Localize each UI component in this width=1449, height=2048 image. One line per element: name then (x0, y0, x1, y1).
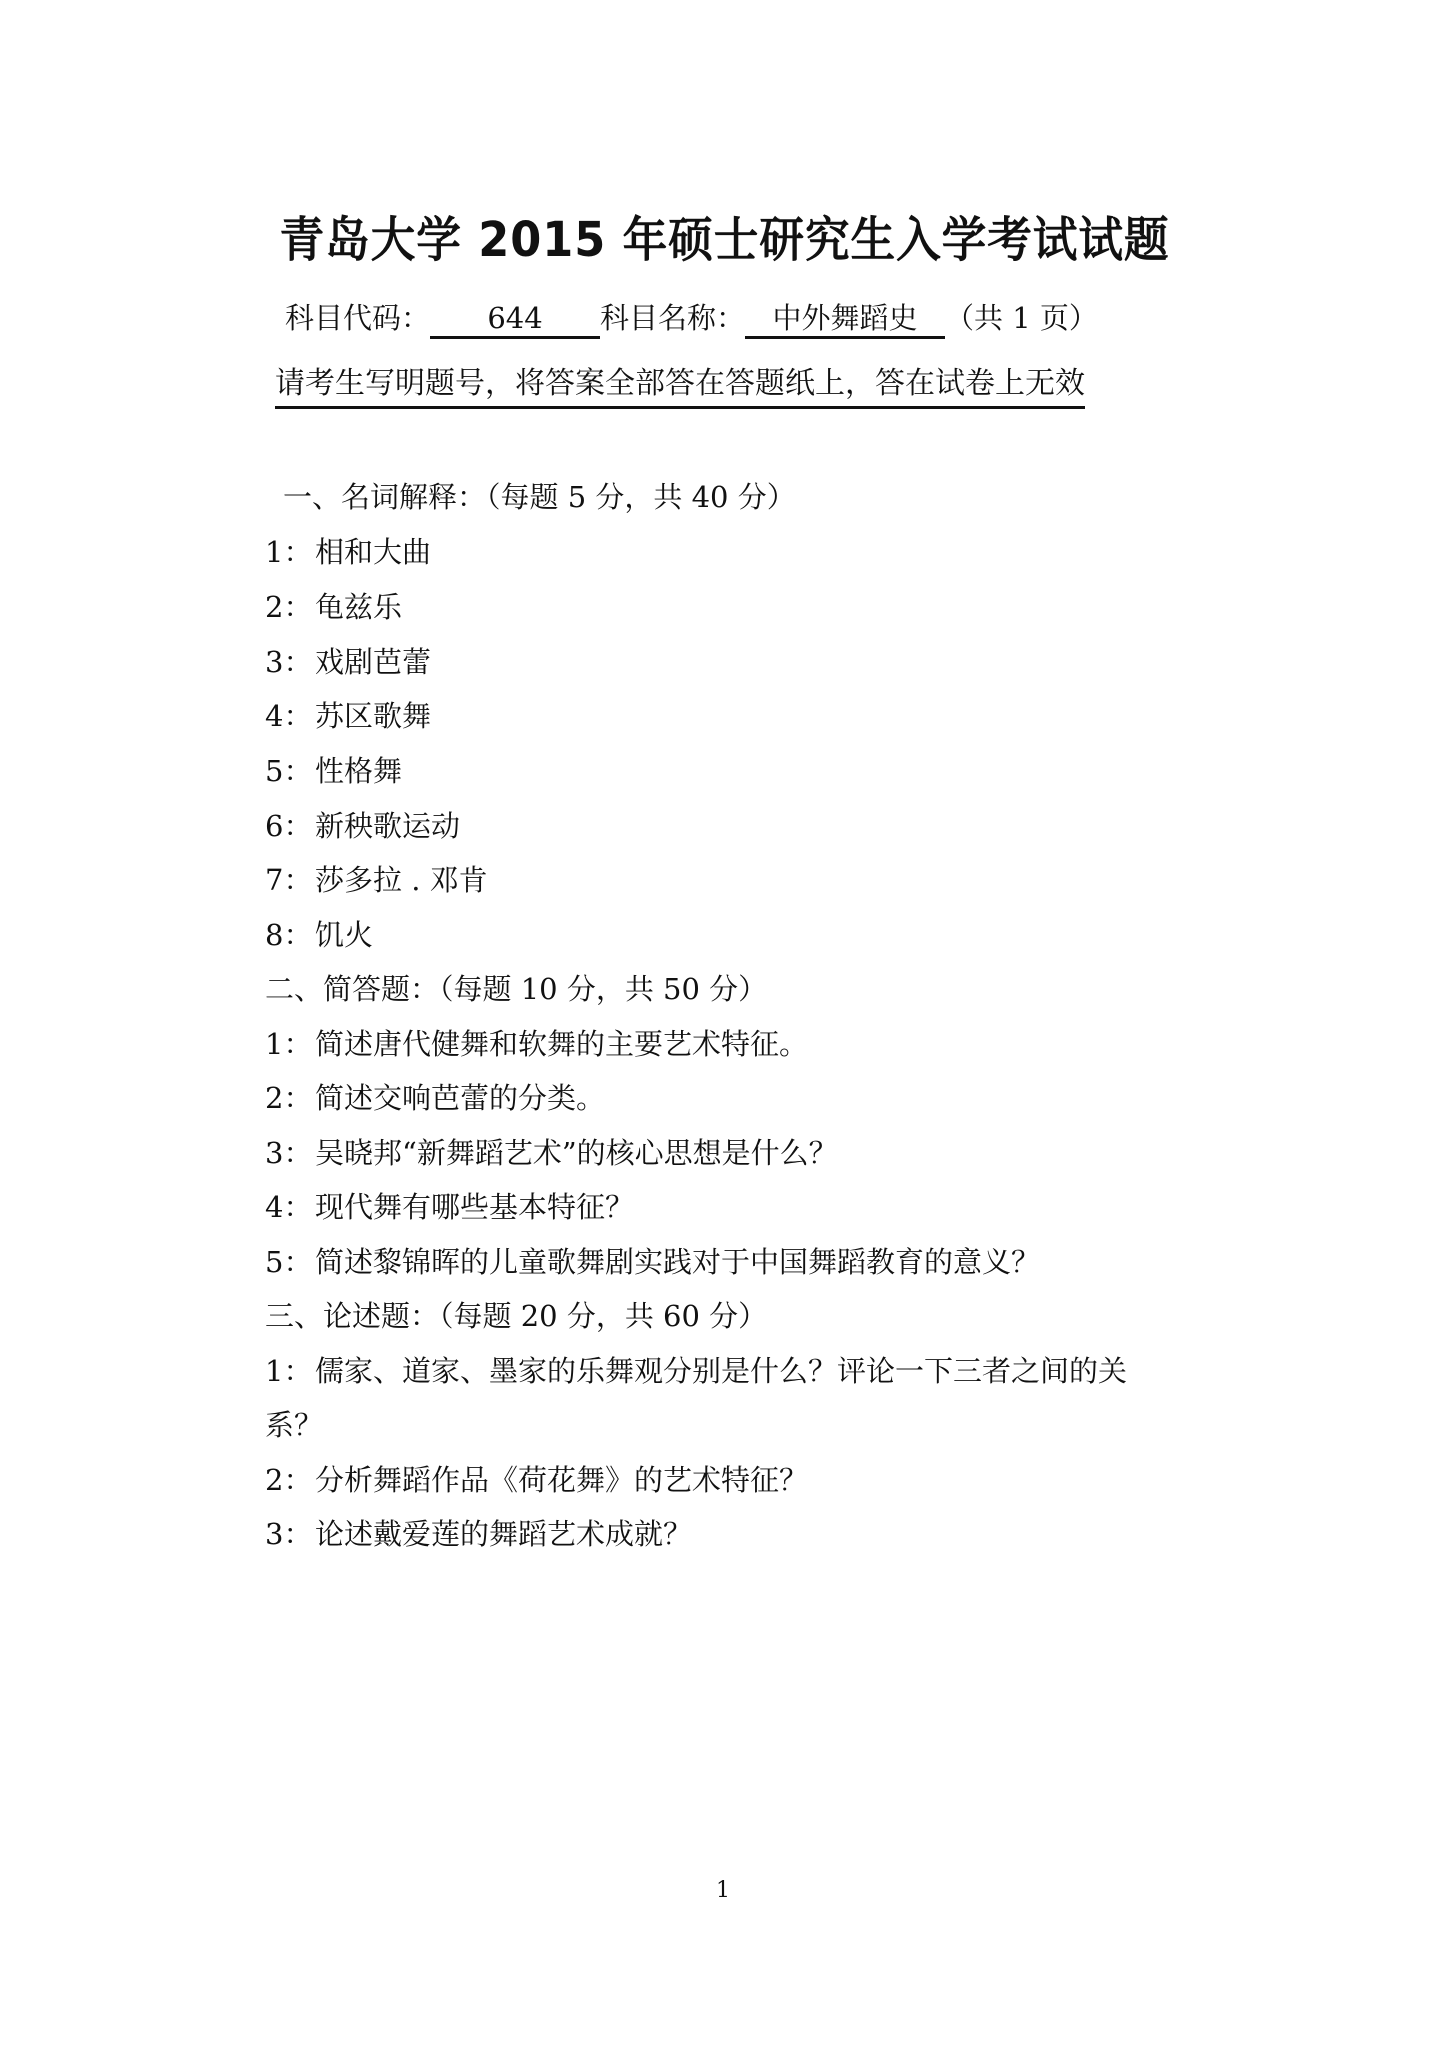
item-text: 苏区歌舞 (315, 699, 431, 733)
page-number: 1 (716, 1878, 730, 1903)
exam-title: 青岛大学 2015 年硕士研究生入学考试试题 (51, 210, 1399, 270)
subject-name: 中外舞蹈史 (745, 300, 945, 339)
item-text: 莎多拉 . 邓肯 (315, 863, 488, 897)
item-number: 4： (265, 696, 315, 736)
section-heading-3: 三、论述题：（每题 20 分，共 60 分） (265, 1296, 767, 1336)
subject-code-label: 科目代码： (285, 301, 430, 335)
page-count: （共 1 页） (945, 301, 1098, 335)
list-item: 7：莎多拉 . 邓肯 (265, 860, 488, 900)
item-number: 5： (265, 1242, 315, 1282)
item-number: 1： (265, 1351, 315, 1391)
subject-info: 科目代码：644科目名称：中外舞蹈史（共 1 页） (285, 296, 1098, 340)
list-item: 5：简述黎锦晖的儿童歌舞剧实践对于中国舞蹈教育的意义？ (265, 1242, 1040, 1282)
item-text: 现代舞有哪些基本特征？ (315, 1190, 634, 1224)
item-number: 2： (265, 587, 315, 627)
list-item: 4：苏区歌舞 (265, 696, 431, 736)
item-text: 吴晓邦“新舞蹈艺术”的核心思想是什么？ (315, 1136, 838, 1170)
item-number: 3： (265, 1514, 315, 1554)
item-text: 新秧歌运动 (315, 809, 460, 843)
list-item: 8：饥火 (265, 915, 373, 955)
list-item: 4：现代舞有哪些基本特征？ (265, 1187, 634, 1227)
subject-code: 644 (430, 300, 600, 339)
list-item-continuation: 系？ (265, 1405, 323, 1445)
item-number: 2： (265, 1460, 315, 1500)
list-item: 1：儒家、道家、墨家的乐舞观分别是什么？评论一下三者之间的关 (265, 1351, 1127, 1391)
list-item: 5：性格舞 (265, 751, 402, 791)
item-number: 1： (265, 532, 315, 572)
section-heading-1: 一、名词解释：（每题 5 分，共 40 分） (283, 477, 796, 517)
item-number: 3： (265, 642, 315, 682)
item-text: 简述唐代健舞和软舞的主要艺术特征。 (315, 1027, 808, 1061)
item-text: 简述交响芭蕾的分类。 (315, 1081, 605, 1115)
item-text: 相和大曲 (315, 535, 431, 569)
item-number: 1： (265, 1024, 315, 1064)
item-number: 3： (265, 1133, 315, 1173)
item-number: 6： (265, 806, 315, 846)
item-text: 论述戴爱莲的舞蹈艺术成就？ (315, 1517, 692, 1551)
item-text: 分析舞蹈作品《荷花舞》的艺术特征？ (315, 1463, 808, 1497)
item-text: 简述黎锦晖的儿童歌舞剧实践对于中国舞蹈教育的意义？ (315, 1245, 1040, 1279)
section-heading-2: 二、简答题：（每题 10 分，共 50 分） (265, 969, 767, 1009)
list-item: 3：论述戴爱莲的舞蹈艺术成就？ (265, 1514, 692, 1554)
item-number: 8： (265, 915, 315, 955)
item-text: 饥火 (315, 918, 373, 952)
list-item: 2：龟兹乐 (265, 587, 402, 627)
item-number: 5： (265, 751, 315, 791)
list-item: 2：简述交响芭蕾的分类。 (265, 1078, 605, 1118)
list-item: 1：简述唐代健舞和软舞的主要艺术特征。 (265, 1024, 808, 1064)
list-item: 3：吴晓邦“新舞蹈艺术”的核心思想是什么？ (265, 1133, 838, 1173)
list-item: 2：分析舞蹈作品《荷花舞》的艺术特征？ (265, 1460, 808, 1500)
list-item: 6：新秧歌运动 (265, 806, 460, 846)
exam-instruction: 请考生写明题号，将答案全部答在答题纸上，答在试卷上无效 (275, 362, 1085, 409)
item-text: 龟兹乐 (315, 590, 402, 624)
item-text: 儒家、道家、墨家的乐舞观分别是什么？评论一下三者之间的关 (315, 1354, 1127, 1388)
item-number: 7： (265, 860, 315, 900)
item-number: 4： (265, 1187, 315, 1227)
item-text: 戏剧芭蕾 (315, 645, 431, 679)
item-number: 2： (265, 1078, 315, 1118)
list-item: 1：相和大曲 (265, 532, 431, 572)
item-text: 性格舞 (315, 754, 402, 788)
subject-name-label: 科目名称： (600, 301, 745, 335)
list-item: 3：戏剧芭蕾 (265, 642, 431, 682)
